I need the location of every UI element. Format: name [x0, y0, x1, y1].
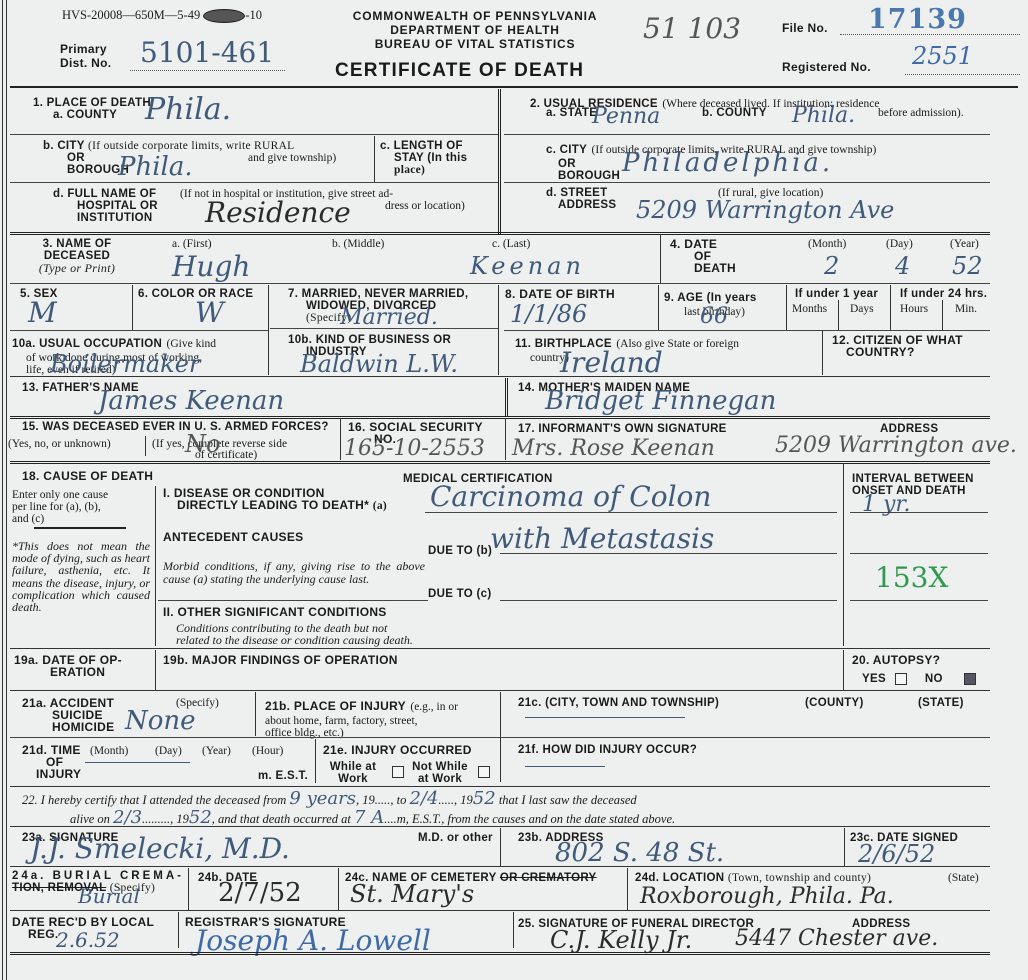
- while-at-work-checkbox[interactable]: [392, 766, 404, 778]
- rule: [10, 910, 990, 911]
- md-label: M.D. or other: [418, 832, 493, 844]
- rule: [270, 328, 498, 329]
- burial-date: 2/7/52: [218, 878, 302, 908]
- residence-city: Philadelphia.: [622, 148, 833, 178]
- city-hint: and give township): [248, 152, 336, 164]
- document-title: CERTIFICATE OF DEATH: [335, 60, 584, 82]
- rule: [504, 330, 990, 331]
- rule: [10, 826, 990, 827]
- armed-forces-label: 15. WAS DECEASED EVER IN U. S. ARMED FOR…: [22, 421, 329, 433]
- death-year: 52: [952, 252, 983, 280]
- citizen-label: 12. CITIZEN OF WHAT COUNTRY?: [832, 334, 963, 358]
- rule: [500, 828, 501, 866]
- union-label-seal-icon: [203, 9, 245, 23]
- rule: [10, 134, 498, 135]
- rule: [500, 600, 837, 601]
- burial-type: Burial: [78, 884, 140, 908]
- operation-findings-label: 19b. MAJOR FINDINGS OF OPERATION: [163, 654, 398, 666]
- other-conditions-label: II. OTHER SIGNIFICANT CONDITIONS: [163, 606, 387, 618]
- mother-name: Bridget Finnegan: [545, 386, 776, 416]
- hospital-hint: dress or location): [385, 200, 465, 212]
- physician-signature: J.J. Smelecki, M.D.: [30, 832, 290, 865]
- name-label: 3. NAME OF DECEASED (Type or Print): [32, 238, 122, 274]
- rule: [498, 285, 499, 375]
- race-value: W: [195, 296, 224, 329]
- rule: [255, 692, 256, 736]
- death-county: Phila.: [145, 92, 231, 127]
- rule: [10, 866, 990, 867]
- rule: [850, 600, 988, 601]
- burial-location: Roxborough, Phila. Pa.: [640, 884, 894, 909]
- rule: [786, 285, 787, 330]
- rule: [505, 418, 506, 460]
- dash-mark: [525, 766, 605, 767]
- father-name: James Keenan: [98, 386, 284, 416]
- injury-city-label: 21c. (CITY, TOWN AND TOWNSHIP): [518, 697, 719, 709]
- physician-address: 802 S. 48 St.: [555, 838, 724, 868]
- registered-no-label: Registered No.: [782, 61, 871, 73]
- place-of-death-label: 1. PLACE OF DEATH a. COUNTY: [33, 97, 151, 121]
- rule: [850, 553, 988, 554]
- rule: [658, 285, 659, 330]
- rule: [315, 739, 316, 783]
- residence-state: Penna: [592, 104, 660, 129]
- time-day-label: (Day): [155, 745, 182, 757]
- certification-line-1: 22. I hereby certify that I attended the…: [22, 793, 637, 806]
- rule: [34, 527, 126, 529]
- last-name-label: c. (Last): [492, 238, 530, 250]
- rule: [374, 136, 375, 182]
- rule: [188, 868, 189, 910]
- due-to-b-label: DUE TO (b): [428, 545, 492, 557]
- rule: [10, 786, 990, 787]
- month-label: (Month): [808, 238, 846, 250]
- while-at-work-label: While at Work: [323, 761, 383, 785]
- hospital-label: d. FULL NAME OF HOSPITAL OR INSTITUTION: [53, 188, 158, 224]
- hospital-name: Residence: [205, 196, 351, 229]
- rule: [10, 648, 990, 649]
- rule: [505, 378, 508, 416]
- day-label: (Day): [886, 238, 913, 250]
- how-injury-label: 21f. HOW DID INJURY OCCUR?: [518, 744, 697, 756]
- cemetery-name: St. Mary's: [350, 880, 474, 908]
- residence-hint: before admission).: [878, 107, 964, 119]
- rule: [513, 912, 514, 948]
- rule: [132, 285, 133, 330]
- interval-a-value: 1 yr.: [862, 492, 911, 517]
- rule: [10, 283, 990, 284]
- residence-county: Phila.: [792, 103, 855, 128]
- informant-address: 5209 Warrington ave.: [775, 433, 1017, 458]
- rule: [158, 600, 428, 601]
- cause-a-value: Carcinoma of Colon: [430, 480, 711, 513]
- header-rule: [10, 86, 1018, 88]
- section-divider: [498, 89, 501, 235]
- left-margin-rule: [2, 0, 7, 980]
- birth-date-label: 8. DATE OF BIRTH: [505, 288, 615, 300]
- rule: [838, 300, 839, 330]
- funeral-address: 5447 Chester ave.: [735, 926, 938, 951]
- rule: [843, 650, 844, 690]
- rule: [10, 182, 498, 183]
- cause-instructions: Enter only one cause per line for (a), (…: [12, 489, 152, 525]
- last-name: Keenan: [470, 252, 585, 280]
- under-day-label: If under 24 hrs.: [900, 288, 987, 300]
- rule: [10, 737, 990, 738]
- under-year-label: If under 1 year: [795, 288, 878, 300]
- cause-code: 153X: [875, 561, 948, 594]
- rule: [843, 463, 844, 646]
- rule: [850, 512, 988, 513]
- birthplace-value: Ireland: [560, 346, 663, 379]
- stamp-number: 51 103: [643, 12, 741, 45]
- morbid-text: Morbid conditions, if any, giving rise t…: [163, 560, 425, 586]
- informant-signature: Mrs. Rose Keenan: [512, 436, 715, 461]
- rule: [268, 330, 269, 375]
- armed-forces-value: No: [185, 430, 220, 458]
- rule: [10, 952, 990, 955]
- rule: [10, 690, 990, 691]
- autopsy-no-checkbox[interactable]: [964, 673, 976, 685]
- state-label: a. STATE: [546, 107, 597, 119]
- time-hour-label: (Hour): [252, 745, 283, 757]
- disease-label: I. DISEASE OR CONDITION DIRECTLY LEADING…: [163, 487, 387, 512]
- due-to-c-label: DUE TO (c): [428, 588, 492, 600]
- primary-dist-label: Primary Dist. No.: [60, 42, 111, 70]
- rule: [844, 828, 845, 866]
- middle-name-label: b. (Middle): [332, 238, 384, 250]
- months-label: Months: [792, 303, 827, 315]
- rule: [155, 650, 156, 690]
- rule: [155, 486, 156, 646]
- primary-dist-no: 5101-461: [140, 36, 274, 69]
- rule: [890, 285, 891, 330]
- rule: [627, 868, 628, 910]
- injury-county-label: (COUNTY): [805, 697, 864, 709]
- hours-label: Hours: [900, 303, 928, 315]
- rule: [10, 376, 990, 377]
- occupation-value: Boilermaker: [50, 350, 200, 378]
- first-name: Hugh: [172, 250, 250, 283]
- birth-date: 1/1/86: [510, 300, 587, 328]
- rule: [942, 300, 943, 330]
- file-no: 17139: [868, 4, 967, 35]
- sex-value: M: [28, 296, 57, 329]
- not-while-at-work-checkbox[interactable]: [478, 766, 490, 778]
- not-while-at-work-label: Not While at Work: [410, 761, 470, 785]
- date-of-death-label: 4. DATE OF DEATH: [670, 238, 736, 274]
- file-no-label: File No.: [782, 22, 828, 34]
- cause-footnote: *This does not mean the mode of dying, s…: [12, 540, 150, 613]
- days-label: Days: [850, 303, 874, 315]
- time-est-label: m. E.S.T.: [258, 770, 308, 782]
- dash-mark: [85, 762, 190, 763]
- rule: [340, 418, 341, 460]
- autopsy-yes-checkbox[interactable]: [895, 673, 907, 685]
- rule: [10, 330, 268, 331]
- rule: [145, 436, 146, 456]
- form-code: HVS-20008—650M—5-49 -10: [62, 9, 262, 23]
- year-label: (Year): [950, 238, 979, 250]
- burial-state-label: (State): [948, 872, 979, 884]
- death-city: Phila.: [118, 152, 193, 182]
- rule: [10, 416, 990, 419]
- accident-value: None: [125, 706, 196, 736]
- burial-location-label: 24d. LOCATION (Town, township and county…: [635, 872, 871, 884]
- operation-date-label: 19a. DATE OF OP- ERATION: [14, 654, 122, 678]
- min-label: Min.: [955, 303, 977, 315]
- ssn-value: 165-10-2553: [344, 436, 485, 461]
- rule: [822, 330, 823, 375]
- injury-occurred-label: 21e. INJURY OCCURRED: [323, 744, 472, 756]
- registered-no: 2551: [912, 42, 973, 70]
- dash-mark: [525, 717, 685, 718]
- death-certificate: HVS-20008—650M—5-49 -10 Primary Dist. No…: [0, 0, 1028, 980]
- length-of-stay-label: c. LENGTH OF STAY (In this place): [380, 140, 467, 176]
- date-signed: 2/6/52: [858, 840, 935, 868]
- industry-value: Baldwin L.W.: [300, 350, 458, 378]
- residence-street: 5209 Warrington Ave: [636, 196, 894, 224]
- county-label: b. COUNTY: [702, 107, 767, 119]
- death-day: 4: [895, 252, 910, 280]
- time-year-label: (Year): [202, 745, 231, 757]
- autopsy-options: YES NO: [862, 673, 976, 685]
- rule: [10, 232, 990, 235]
- place-of-injury-label: 21b. PLACE OF INJURY (e.g., in or about …: [265, 697, 495, 739]
- first-name-label: a. (First): [172, 238, 212, 250]
- rule: [504, 182, 990, 183]
- injury-state-label: (STATE): [918, 697, 964, 709]
- rule: [504, 134, 990, 135]
- marital-value: Married.: [340, 305, 438, 330]
- other-conditions-hint: Conditions contributing to the death but…: [176, 622, 413, 646]
- autopsy-label: 20. AUTOPSY?: [852, 654, 940, 666]
- certification-line-2: alive on 2/3........., 1952, and that de…: [70, 812, 675, 825]
- informant-label: 17. INFORMANT'S OWN SIGNATURE: [518, 423, 727, 435]
- cause-b-value: with Metastasis: [490, 522, 714, 555]
- accident-label: 21a. ACCIDENT SUICIDE HOMICIDE: [22, 697, 114, 733]
- time-of-injury-label: 21d. TIME OF INJURY: [22, 744, 81, 780]
- armed-forces-hint: (Yes, no, or unknown): [8, 438, 111, 450]
- rule: [178, 912, 179, 948]
- funeral-director-signature: C.J. Kelly Jr.: [550, 926, 692, 954]
- rule: [660, 234, 661, 284]
- age-value: 66: [700, 304, 728, 329]
- antecedent-label: ANTECEDENT CAUSES: [163, 531, 303, 543]
- rule: [338, 868, 339, 910]
- time-month-label: (Month): [90, 745, 128, 757]
- cause-label: 18. CAUSE OF DEATH: [22, 470, 153, 482]
- registrar-date: 2.6.52: [56, 928, 120, 952]
- street-label: d. STREET ADDRESS: [546, 187, 616, 211]
- death-month: 2: [824, 252, 839, 280]
- agency-header: COMMONWEALTH OF PENNSYLVANIA DEPARTMENT …: [330, 9, 620, 51]
- rule: [268, 285, 269, 330]
